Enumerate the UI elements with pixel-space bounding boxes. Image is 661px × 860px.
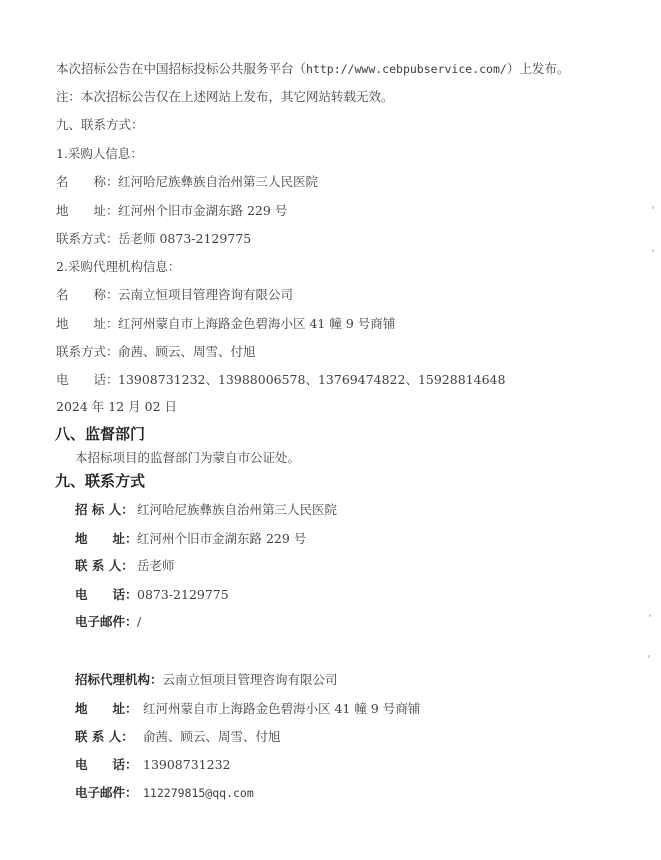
agency-contact-row: 联系方式：俞茜、顾云、周雪、付旭 [56,344,256,360]
purchaser-address: 红河州个旧市金湖东路 229 号 [118,203,287,218]
purchaser-contact-row: 联系方式：岳老师 0873-2129775 [56,231,251,247]
tenderer-address-label: 地 址： [75,531,137,547]
purchaser-name-row: 名 称：红河哈尼族彝族自治州第三人民医院 [56,174,318,190]
agent-email-row: 电子邮件：112279815@qq.com [75,785,254,801]
purchaser-contact: 岳老师 0873-2129775 [118,231,251,246]
tenderer-contact-row: 联 系 人：岳老师 [75,558,175,574]
tenderer-row: 招 标 人：红河哈尼族彝族自治州第三人民医院 [75,502,337,518]
tenderer-phone-label: 电 话： [75,587,137,603]
agent-address: 红河州蒙自市上海路金色碧海小区 41 幢 9 号商铺 [143,701,420,716]
agency-address: 红河州蒙自市上海路金色碧海小区 41 幢 9 号商铺 [118,316,395,331]
contact-heading: 九、联系方式 [55,472,145,490]
tenderer-address-row: 地 址：红河州个旧市金湖东路 229 号 [75,531,306,547]
tenderer-label: 招 标 人： [75,502,137,518]
scan-speck [652,206,654,209]
section-nine-title-small: 九、联系方式： [56,117,144,133]
agent-phone-row: 电 话：13908731232 [75,757,230,773]
purchaser-contact-label: 联系方式： [56,231,118,247]
purchaser-name-label: 名 称： [56,174,118,190]
agent-contact-label: 联 系 人： [75,729,143,745]
agent-contact-row: 联 系 人：俞茜、顾云、周雪、付旭 [75,729,281,745]
agent-name: 云南立恒项目管理咨询有限公司 [163,672,338,687]
agent-address-row: 地 址：红河州蒙自市上海路金色碧海小区 41 幢 9 号商铺 [75,701,420,717]
agent-address-label: 地 址： [75,701,143,717]
publish-note: 注：本次招标公告仅在上述网站上发布，其它网站转载无效。 [56,89,394,105]
agency-contact-label: 联系方式： [56,344,118,360]
supervision-heading: 八、监督部门 [55,425,145,443]
tenderer-address: 红河州个旧市金湖东路 229 号 [137,531,306,546]
agent-phone-label: 电 话： [75,757,143,773]
agent-row: 招标代理机构：云南立恒项目管理咨询有限公司 [75,672,338,688]
agency-name-label: 名 称： [56,287,118,303]
tenderer-contact: 岳老师 [137,558,175,573]
publish-url[interactable]: http://www.cebpubservice.com/ [306,62,507,76]
purchaser-address-row: 地 址：红河州个旧市金湖东路 229 号 [56,203,287,219]
scan-speck [652,249,654,252]
agent-email[interactable]: 112279815@qq.com [143,786,254,800]
supervision-text: 本招标项目的监督部门为蒙自市公证处。 [75,450,300,466]
agency-phone-label: 电 话： [56,372,118,388]
notice-date: 2024 年 12 月 02 日 [56,399,177,415]
agency-name: 云南立恒项目管理咨询有限公司 [118,287,293,302]
tenderer-contact-label: 联 系 人： [75,558,137,574]
purchaser-name: 红河哈尼族彝族自治州第三人民医院 [118,174,318,189]
agency-contact: 俞茜、顾云、周雪、付旭 [118,344,256,359]
agency-phone: 13908731232、13988006578、13769474822、1592… [118,372,505,387]
publish-prefix: 本次招标公告在中国招标投标公共服务平台（ [56,61,306,76]
agency-name-row: 名 称：云南立恒项目管理咨询有限公司 [56,287,293,303]
purchaser-title: 1.采购人信息： [56,146,143,162]
agency-address-row: 地 址：红河州蒙自市上海路金色碧海小区 41 幢 9 号商铺 [56,316,395,332]
agent-email-label: 电子邮件： [75,785,143,801]
agency-title: 2.采购代理机构信息： [56,259,180,275]
agent-contact: 俞茜、顾云、周雪、付旭 [143,729,281,744]
publish-statement: 本次招标公告在中国招标投标公共服务平台（http://www.cebpubser… [56,61,569,77]
scan-speck [648,655,650,658]
agency-address-label: 地 址： [56,316,118,332]
tenderer-email-row: 电子邮件：/ [75,614,141,630]
agent-phone: 13908731232 [143,757,230,772]
tenderer-name: 红河哈尼族彝族自治州第三人民医院 [137,502,337,517]
tenderer-phone-row: 电 话：0873-2129775 [75,587,229,603]
scan-speck [649,614,651,617]
tenderer-email: / [137,614,141,629]
agency-phone-row: 电 话：13908731232、13988006578、13769474822、… [56,372,505,388]
purchaser-address-label: 地 址： [56,203,118,219]
agent-label: 招标代理机构： [75,672,163,688]
tenderer-phone: 0873-2129775 [137,587,229,602]
publish-suffix: ）上发布。 [507,61,570,76]
tenderer-email-label: 电子邮件： [75,614,137,630]
